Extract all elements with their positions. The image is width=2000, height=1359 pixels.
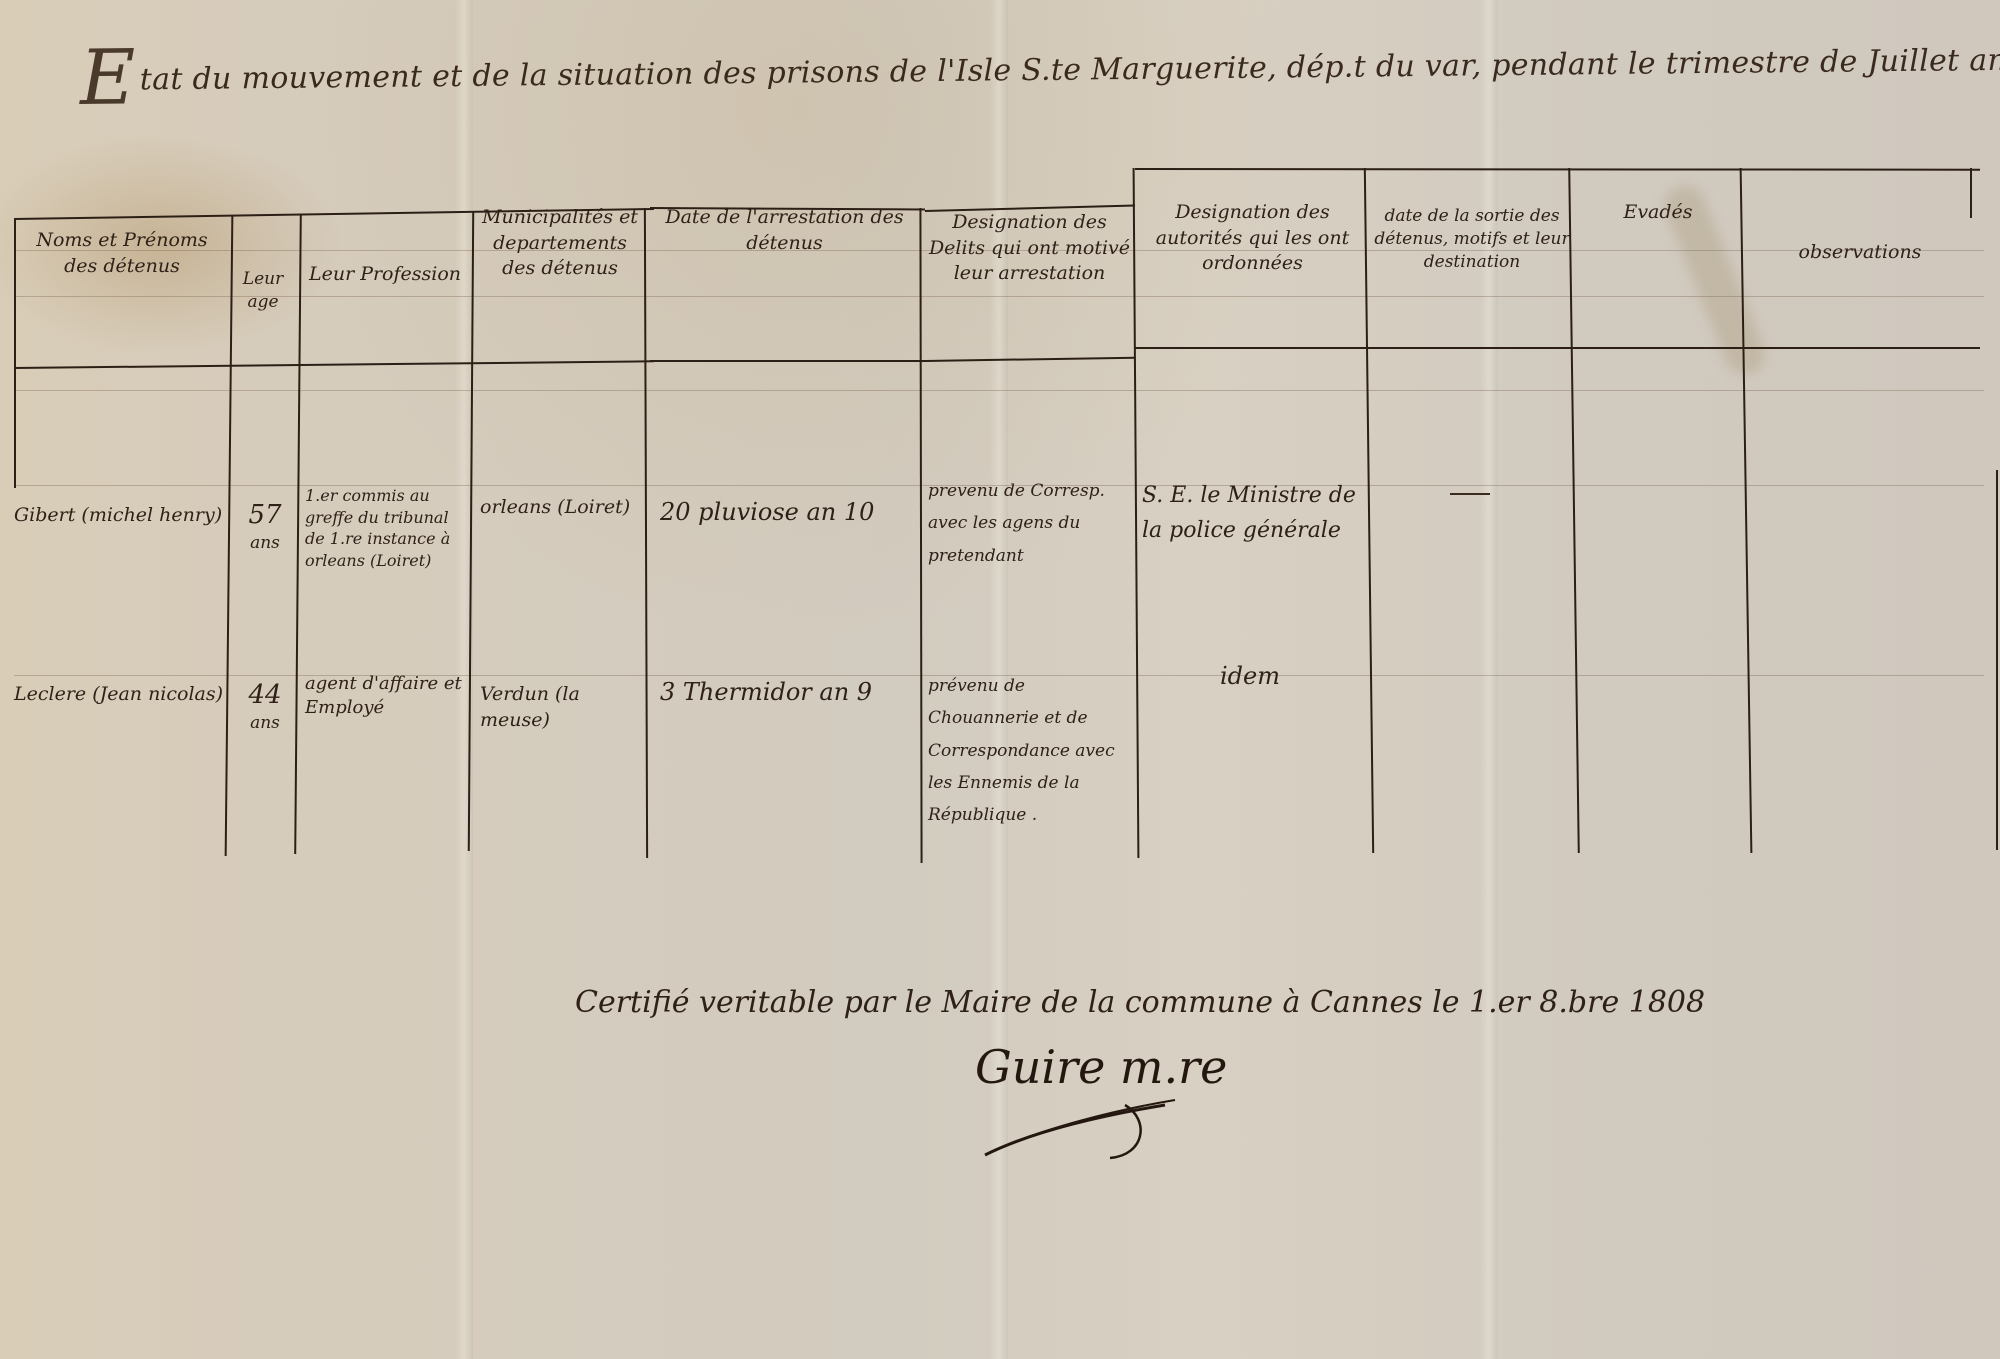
header-name: Noms et Prénoms des détenus	[22, 228, 222, 279]
row1-name: Gibert (michel henry)	[14, 503, 228, 529]
header-authority: Designation des autorités qui les ont or…	[1140, 200, 1365, 277]
row2-authority: idem	[1220, 660, 1360, 692]
header-observations: observations	[1750, 240, 1970, 266]
header-divider	[925, 357, 1135, 362]
row2-name: Leclere (Jean nicolas)	[14, 682, 228, 708]
row1-authority: S. E. le Ministre de la police générale	[1142, 478, 1367, 548]
row1-municipality: orleans (Loiret)	[480, 495, 645, 521]
column-rule	[919, 208, 922, 863]
column-rule	[14, 218, 16, 488]
row1-age: 57	[235, 498, 295, 533]
row1-release-dash	[1450, 493, 1490, 495]
row2-profession: agent d'affaire et Employé	[305, 672, 470, 721]
row2-age-unit: ans	[235, 712, 295, 735]
header-arrest-date: Date de l'arrestation des détenus	[652, 205, 917, 256]
header-profession: Leur Profession	[300, 262, 470, 288]
row2-municipality: Verdun (la meuse)	[480, 682, 645, 733]
row1-arrest-date: 20 pluviose an 10	[660, 496, 915, 528]
column-rule	[644, 208, 648, 858]
column-rule	[1740, 168, 1753, 853]
certification-text: Certifié veritable par le Maire de la co…	[575, 985, 1705, 1020]
header-offence: Designation des Delits qui ont motivé le…	[922, 210, 1137, 287]
header-age: Leur age	[228, 268, 298, 314]
row2-offence: prévenu de Chouannerie et de Corresponda…	[928, 670, 1133, 831]
row2-arrest-date: 3 Thermidor an 9	[660, 676, 915, 708]
header-divider	[14, 360, 654, 369]
header-municipality: Municipalités et departements des détenu…	[475, 205, 645, 282]
table-border-top	[1135, 168, 1980, 171]
row2-age: 44	[235, 678, 295, 713]
header-divider	[650, 360, 925, 362]
signature-flourish-icon	[975, 1060, 1255, 1160]
row1-profession: 1.er commis au greffe du tribunal de 1.r…	[305, 485, 470, 571]
row1-offence: prevenu de Corresp. avec les agens du pr…	[928, 475, 1133, 572]
header-release: date de la sortie des détenus, motifs et…	[1372, 205, 1572, 274]
column-rule	[1970, 168, 1972, 218]
column-rule	[1996, 470, 1998, 850]
header-escapes: Evadés	[1578, 200, 1738, 226]
row1-age-unit: ans	[235, 532, 295, 555]
header-divider	[1135, 347, 1980, 349]
